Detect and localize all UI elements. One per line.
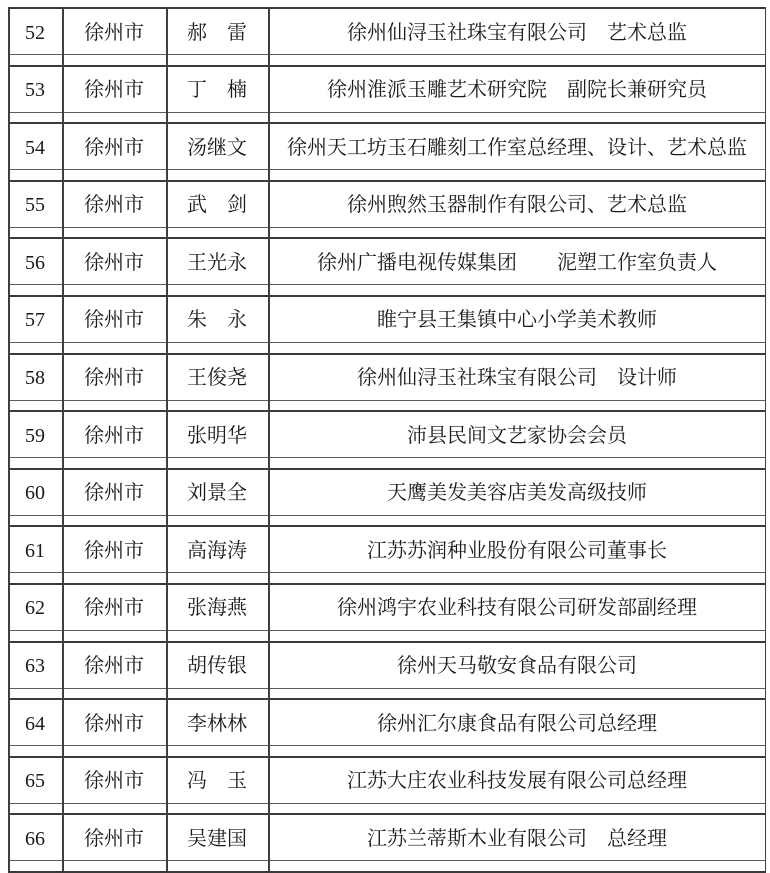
row-city: 徐州市	[62, 239, 166, 284]
row-title: 江苏兰蒂斯木业有限公司 总经理	[268, 815, 766, 860]
row-name: 吴建国	[166, 815, 268, 860]
table-border-right	[765, 7, 767, 873]
row-name: 丁 楠	[166, 67, 268, 112]
table-row: 64 徐州市 李林林 徐州汇尔康食品有限公司总经理	[8, 698, 766, 746]
row-title: 江苏大庄农业科技发展有限公司总经理	[268, 758, 766, 803]
row-city: 徐州市	[62, 412, 166, 457]
row-city: 徐州市	[62, 527, 166, 572]
table-row: 58 徐州市 王俊尧 徐州仙浔玉社珠宝有限公司 设计师	[8, 353, 766, 401]
row-title: 天鹰美发美容店美发高级技师	[268, 470, 766, 515]
row-city: 徐州市	[62, 355, 166, 400]
table-row: 66 徐州市 吴建国 江苏兰蒂斯木业有限公司 总经理	[8, 813, 766, 861]
column-divider-city-name	[166, 7, 168, 873]
row-title: 沛县民间文艺家协会会员	[268, 412, 766, 457]
row-name: 张海燕	[166, 585, 268, 630]
row-index: 59	[8, 412, 62, 457]
row-index: 60	[8, 470, 62, 515]
row-name: 武 剑	[166, 182, 268, 227]
table-row: 65 徐州市 冯 玉 江苏大庄农业科技发展有限公司总经理	[8, 756, 766, 804]
row-city: 徐州市	[62, 643, 166, 688]
table-row: 53 徐州市 丁 楠 徐州淮派玉雕艺术研究院 副院长兼研究员	[8, 65, 766, 113]
row-name: 刘景全	[166, 470, 268, 515]
row-index: 63	[8, 643, 62, 688]
row-index: 54	[8, 124, 62, 169]
row-index: 56	[8, 239, 62, 284]
table-border-left	[8, 7, 10, 873]
table-row: 54 徐州市 汤继文 徐州天工坊玉石雕刻工作室总经理、设计、艺术总监	[8, 122, 766, 170]
row-name: 朱 永	[166, 297, 268, 342]
row-city: 徐州市	[62, 470, 166, 515]
row-title: 江苏苏润种业股份有限公司董事长	[268, 527, 766, 572]
row-name: 王俊尧	[166, 355, 268, 400]
row-title: 徐州仙浔玉社珠宝有限公司 设计师	[268, 355, 766, 400]
row-title: 徐州广播电视传媒集团 泥塑工作室负责人	[268, 239, 766, 284]
row-title: 徐州鸿宇农业科技有限公司研发部副经理	[268, 585, 766, 630]
row-title: 徐州煦然玉器制作有限公司、艺术总监	[268, 182, 766, 227]
row-city: 徐州市	[62, 700, 166, 745]
table-row: 59 徐州市 张明华 沛县民间文艺家协会会员	[8, 410, 766, 458]
row-title: 睢宁县王集镇中心小学美术教师	[268, 297, 766, 342]
row-name: 郝 雷	[166, 9, 268, 54]
row-city: 徐州市	[62, 182, 166, 227]
row-city: 徐州市	[62, 9, 166, 54]
table-row: 52 徐州市 郝 雷 徐州仙浔玉社珠宝有限公司 艺术总监	[8, 7, 766, 55]
row-title: 徐州汇尔康食品有限公司总经理	[268, 700, 766, 745]
table-row: 55 徐州市 武 剑 徐州煦然玉器制作有限公司、艺术总监	[8, 180, 766, 228]
row-index: 64	[8, 700, 62, 745]
row-index: 61	[8, 527, 62, 572]
row-index: 62	[8, 585, 62, 630]
table-row: 57 徐州市 朱 永 睢宁县王集镇中心小学美术教师	[8, 295, 766, 343]
row-title: 徐州天工坊玉石雕刻工作室总经理、设计、艺术总监	[268, 124, 766, 169]
table-row: 61 徐州市 高海涛 江苏苏润种业股份有限公司董事长	[8, 525, 766, 573]
row-title: 徐州天马敬安食品有限公司	[268, 643, 766, 688]
row-title: 徐州仙浔玉社珠宝有限公司 艺术总监	[268, 9, 766, 54]
row-city: 徐州市	[62, 124, 166, 169]
row-city: 徐州市	[62, 297, 166, 342]
row-name: 冯 玉	[166, 758, 268, 803]
table-row: 62 徐州市 张海燕 徐州鸿宇农业科技有限公司研发部副经理	[8, 583, 766, 631]
row-index: 66	[8, 815, 62, 860]
table-row: 56 徐州市 王光永 徐州广播电视传媒集团 泥塑工作室负责人	[8, 237, 766, 285]
row-city: 徐州市	[62, 815, 166, 860]
row-name: 胡传银	[166, 643, 268, 688]
document-page: 52 徐州市 郝 雷 徐州仙浔玉社珠宝有限公司 艺术总监 53 徐州市 丁 楠 …	[0, 0, 770, 873]
row-index: 53	[8, 67, 62, 112]
row-index: 58	[8, 355, 62, 400]
table-row: 60 徐州市 刘景全 天鹰美发美容店美发高级技师	[8, 468, 766, 516]
row-index: 55	[8, 182, 62, 227]
row-title: 徐州淮派玉雕艺术研究院 副院长兼研究员	[268, 67, 766, 112]
row-city: 徐州市	[62, 585, 166, 630]
row-name: 汤继文	[166, 124, 268, 169]
column-divider-name-title	[268, 7, 270, 873]
row-city: 徐州市	[62, 758, 166, 803]
table-row: 63 徐州市 胡传银 徐州天马敬安食品有限公司	[8, 641, 766, 689]
row-name: 李林林	[166, 700, 268, 745]
row-index: 65	[8, 758, 62, 803]
talent-list-table: 52 徐州市 郝 雷 徐州仙浔玉社珠宝有限公司 艺术总监 53 徐州市 丁 楠 …	[8, 7, 766, 873]
column-divider-index-city	[62, 7, 64, 873]
row-name: 张明华	[166, 412, 268, 457]
row-name: 王光永	[166, 239, 268, 284]
row-name: 高海涛	[166, 527, 268, 572]
row-index: 57	[8, 297, 62, 342]
row-city: 徐州市	[62, 67, 166, 112]
row-index: 52	[8, 9, 62, 54]
